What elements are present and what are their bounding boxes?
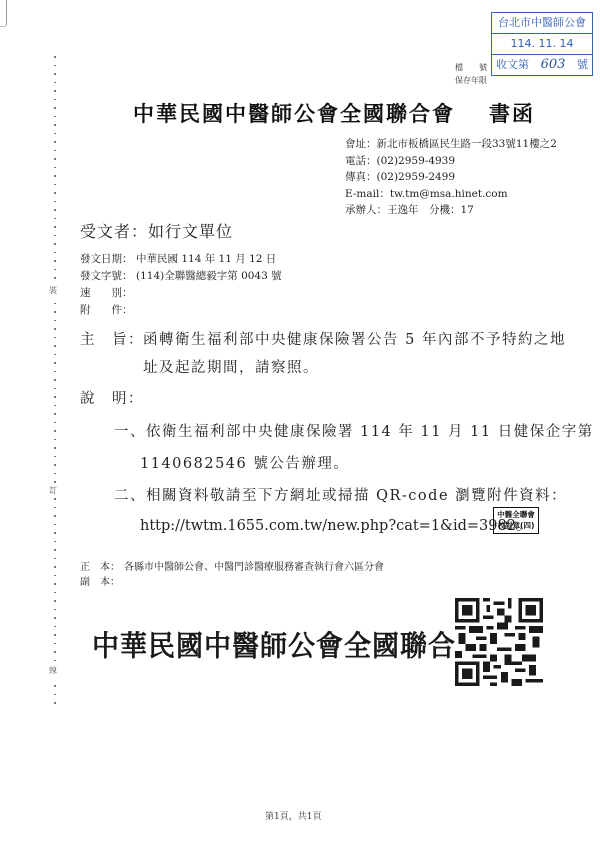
binding-dot [54,303,56,305]
distribution: 正 本：各縣市中醫師公會、中醫門診醫療服務審查執行會六區分會 副 本： [80,560,384,590]
binding-dot [54,371,56,373]
binding-dot [54,473,56,475]
binding-dot [54,345,56,347]
issue-date-label: 發文日期： [80,251,136,268]
attachment-link[interactable]: http://twtm.1655.com.tw/new.php?cat=1&id… [140,514,530,535]
binding-dot [54,354,56,356]
binding-dot [54,201,56,203]
letterhead-title: 中華民國中醫師公會全國聯合會書函 [133,98,535,128]
stamp-received-prefix: 收文第 [496,55,529,75]
binding-dot [54,583,56,585]
binding-dot [54,65,56,67]
stamp-org: 台北市中醫師公會 [492,13,592,34]
issue-date-row: 發文日期：中華民國 114 年 11 月 12 日 [80,251,282,268]
proofreading-seal: 中醫全聯會 校對章(四) [493,507,539,534]
main-recipients-label: 正 本： [80,560,124,575]
subject-line-2: 址及起訖期間，請察照。 [143,356,319,377]
binding-dot [54,124,56,126]
doc-meta: 發文日期：中華民國 114 年 11 月 12 日 發文字號：(114)全聯醫總… [80,251,282,319]
binding-dot [54,558,56,560]
explanation-item-2-line-1: 二、相關資料敬請至下方網址或掃描 QR-code 瀏覽附件資料： [114,484,567,505]
binding-dot [54,388,56,390]
binding-dot [54,226,56,228]
binding-dot [54,396,56,398]
email: E-mail：tw.tm@msa.hinet.com [345,186,557,203]
issue-date: 中華民國 114 年 11 月 12 日 [136,253,276,265]
binding-mark: 裝 [49,285,57,296]
binding-dot [54,464,56,466]
binding-dot [54,609,56,611]
speed-label: 速 別： [80,285,136,302]
binding-dot [54,447,56,449]
binding-dot [54,311,56,313]
phone: 電話：(02)2959-4939 [345,153,557,170]
organization-seal: 中華民國中醫師公會全國聯合會 [92,623,484,664]
binding-dot [54,660,56,662]
explanation-item-1-line-1: 一、依衛生福利部中央健康保險署 114 年 11 月 11 日健保企字第 [114,420,594,441]
binding-dot [54,328,56,330]
doc-no-row: 發文字號：(114)全聯醫總毅字第 0043 號 [80,268,282,285]
binding-dot [54,184,56,186]
binding-dot [54,643,56,645]
binding-dot [54,260,56,262]
binding-dot [54,175,56,177]
explanation-label: 說 明： [80,387,144,408]
binding-dot [54,532,56,534]
binding-dot [54,702,56,704]
binding-dot [54,600,56,602]
fax: 傳真：(02)2959-2499 [345,169,557,186]
qr-code-icon[interactable] [455,598,543,686]
binding-dot [54,430,56,432]
binding-dot [54,626,56,628]
subject-line-1: 函轉衛生福利部中央健康保險署公告 5 年內部不予特約之地 [143,328,566,349]
binding-dot [54,439,56,441]
stamp-received-no: 收文第 603 號 [492,55,592,75]
binding-dot [54,651,56,653]
binding-dot [54,422,56,424]
scan-edge [0,0,7,27]
stamp-received-suffix: 號 [577,55,588,75]
doc-type: 書函 [489,102,535,126]
archive-labels: 檔 號 保存年限 [455,61,487,87]
binding-dot [54,209,56,211]
binding-dot [54,337,56,339]
recipient: 受文者：如行文單位 [80,219,233,242]
binding-dot [54,566,56,568]
binding-dot [54,107,56,109]
binding-dot [54,158,56,160]
binding-dot [54,277,56,279]
binding-line: 裝訂線 [50,56,60,706]
binding-dot [54,549,56,551]
binding-dot [54,99,56,101]
doc-no: (114)全聯醫總毅字第 0043 號 [136,270,282,282]
binding-dot [54,252,56,254]
binding-mark: 線 [49,665,57,676]
binding-dot [54,575,56,577]
binding-dot [54,133,56,135]
binding-dot [54,192,56,194]
binding-dot [54,269,56,271]
binding-dot [54,634,56,636]
copy-recipients-row: 副 本： [80,575,384,590]
binding-dot [54,694,56,696]
stamp-date: 114. 11. 14 [492,34,592,55]
binding-dot [54,167,56,169]
binding-dot [54,507,56,509]
binding-dot [54,413,56,415]
binding-dot [54,617,56,619]
binding-dot [54,73,56,75]
seal-line-2: 校對章(四) [494,520,538,531]
binding-dot [54,592,56,594]
binding-dot [54,243,56,245]
contact-block: 會址：新北市板橋區民生路一段33號11樓之2 電話：(02)2959-4939 … [345,136,557,219]
binding-dot [54,56,56,58]
main-recipients-row: 正 本：各縣市中醫師公會、中醫門診醫療服務審查執行會六區分會 [80,560,384,575]
binding-dot [54,541,56,543]
binding-dot [54,362,56,364]
binding-dot [54,405,56,407]
attachment-row: 附 件： [80,302,282,319]
binding-dot [54,320,56,322]
page-number: 第1頁，共1頁 [265,809,321,822]
binding-dot [54,235,56,237]
address: 會址：新北市板橋區民生路一段33號11樓之2 [345,136,557,153]
binding-dot [54,379,56,381]
binding-mark: 訂 [49,485,57,496]
binding-dot [54,90,56,92]
file-no-label: 檔 號 [455,61,487,74]
handler: 承辦人：王逸年 分機：17 [345,202,557,219]
retention-label: 保存年限 [455,74,487,87]
binding-dot [54,498,56,500]
org-name: 中華民國中醫師公會全國聯合會 [133,102,455,126]
subject-label: 主 旨： [80,328,144,349]
explanation-item-1-line-2: 1140682546 號公告辦理。 [140,452,349,473]
binding-dot [54,150,56,152]
binding-dot [54,515,56,517]
binding-dot [54,685,56,687]
doc-no-label: 發文字號： [80,268,136,285]
attachment-label: 附 件： [80,302,136,319]
stamp-received-number: 603 [541,55,566,75]
binding-dot [54,116,56,118]
binding-dot [54,141,56,143]
binding-dot [54,456,56,458]
receipt-stamp: 台北市中醫師公會 114. 11. 14 收文第 603 號 [491,12,593,76]
binding-dot [54,82,56,84]
main-recipients: 各縣市中醫師公會、中醫門診醫療服務審查執行會六區分會 [124,562,384,573]
binding-dot [54,218,56,220]
seal-line-1: 中醫全聯會 [494,509,538,520]
binding-dot [54,524,56,526]
speed-row: 速 別： [80,285,282,302]
binding-dot [54,481,56,483]
copy-recipients-label: 副 本： [80,575,124,590]
